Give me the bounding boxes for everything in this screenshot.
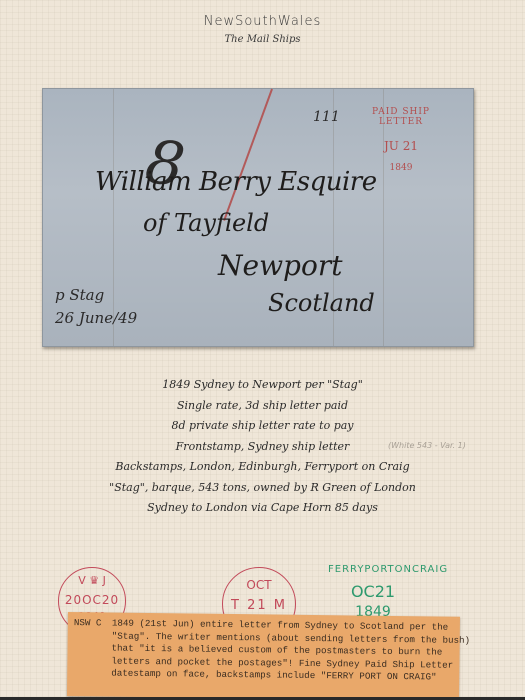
page-title: NewSouthWales: [0, 14, 525, 29]
address-line-country: Scotland: [268, 289, 375, 317]
pencil-reference-note: (White 543 - Var. 1): [388, 441, 466, 450]
handstamp-date: JU 21: [353, 139, 449, 153]
note-line: 1849 Sydney to Newport per "Stag": [0, 375, 525, 396]
page-subtitle: The Mail Ships: [0, 34, 525, 45]
address-line-name: William Berry Esquire: [95, 167, 377, 197]
postmark-date: 20OC20: [59, 593, 125, 607]
postmark-date: OC21: [328, 582, 418, 601]
label-prefix: NSW C: [74, 617, 102, 630]
postmark-crown-line: V ♛ J: [59, 574, 125, 587]
note-line: 8d private ship letter rate to pay: [0, 416, 525, 437]
tally-mark: 111: [313, 109, 340, 125]
ship-name: p Stag: [55, 284, 137, 307]
ship-endorsement: p Stag 26 June/49: [55, 284, 137, 330]
red-manuscript-stroke: [223, 89, 273, 221]
ship-date: 26 June/49: [55, 307, 137, 330]
note-line: Single rate, 3d ship letter paid: [0, 396, 525, 417]
note-line: Backstamps, London, Edinburgh, Ferryport…: [0, 457, 525, 478]
note-line: Sydney to London via Cape Horn 85 days: [0, 498, 525, 519]
envelope-cover: 8 111 PAID SHIP LETTER JU 21 1849 Willia…: [42, 88, 474, 347]
postmark-date: T 21 M: [223, 598, 295, 613]
address-line-estate: of Tayfield: [143, 209, 269, 237]
auction-description-label: NSW C 1849 (21st Jun) entire letter from…: [67, 612, 460, 700]
postmark-town: FERRYPORTONCRAIG: [328, 564, 418, 575]
address-line-town: Newport: [218, 249, 342, 282]
handstamp-top-text: PAID SHIP LETTER: [353, 107, 449, 127]
note-line: "Stag", barque, 543 tons, owned by R Gre…: [0, 478, 525, 499]
label-body: 1849 (21st Jun) entire letter from Sydne…: [111, 618, 456, 685]
postmark-month: OCT: [223, 578, 295, 592]
